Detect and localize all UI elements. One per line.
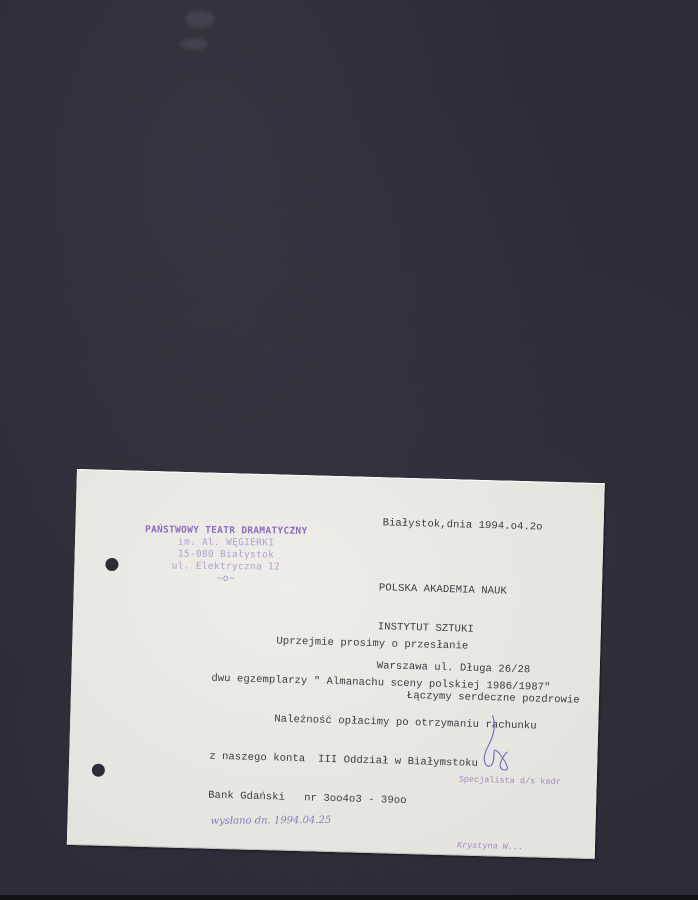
- scan-edge: [0, 895, 698, 900]
- punch-hole: [105, 558, 118, 571]
- institution-stamp: PAŃSTWOWY TEATR DRAMATYCZNY im. Al. WĘGI…: [144, 524, 307, 586]
- place-and-date: Białystok,dnia 1994.o4.2o: [382, 517, 542, 534]
- scan-artifact: [185, 10, 215, 28]
- punch-hole: [92, 764, 105, 777]
- recipient-line: POLSKA AKADEMIA NAUK: [379, 582, 533, 599]
- letter-sheet: PAŃSTWOWY TEATR DRAMATYCZNY im. Al. WĘGI…: [67, 469, 605, 859]
- signatory-name: Krystyna W...: [457, 834, 560, 859]
- handwritten-sent-note: wysłano dn. 1994.04.25: [211, 815, 332, 827]
- scan-artifact: [180, 38, 208, 50]
- stamp-ornament-icon: ~o~: [144, 572, 307, 586]
- body-line: Uprzejmie prosimy o przesłanie: [212, 634, 551, 656]
- stamp-line: ul. Elektryczna 12: [145, 560, 308, 574]
- handwritten-signature-icon: [477, 713, 519, 774]
